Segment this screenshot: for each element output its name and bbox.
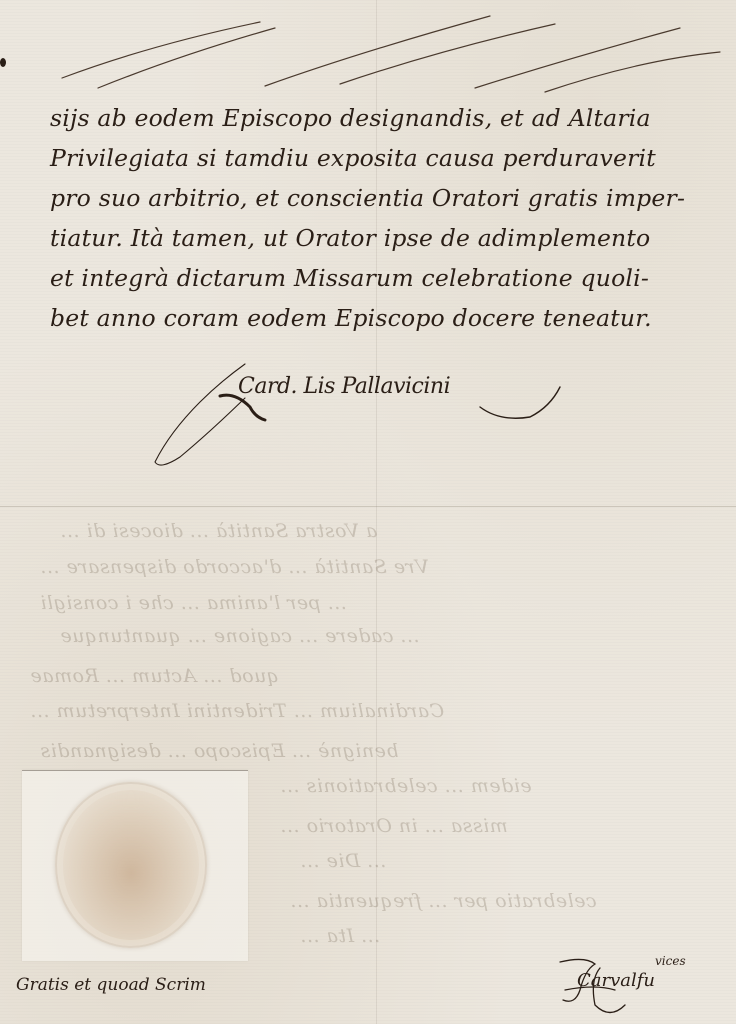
- bleed-through-line: a Vostra Santità ... diocesi di ...: [60, 520, 377, 542]
- body-line: tiatur. Ità tamen, ut Orator ipse de adi…: [50, 218, 730, 258]
- bleed-through-line: ... Die ...: [300, 850, 386, 872]
- bleed-through-line: ... cadere ... cagione ... quantunque: [60, 625, 420, 647]
- bleed-through-line: quod ... Actum ... Romae: [30, 665, 279, 687]
- secretary-title-superscript: vices: [655, 954, 686, 968]
- secretary-name: Carvalfu: [577, 970, 655, 991]
- bleed-through-line: celebratio per ... frequentia ...: [290, 890, 597, 912]
- bleed-through-line: missa ... in Oratorio ...: [280, 815, 508, 837]
- bleed-through-line: ... Ita ...: [300, 925, 380, 947]
- bleed-through-line: ... per l'anima ... che i consigli: [40, 592, 347, 614]
- body-line: sijs ab eodem Episcopo designandis, et a…: [50, 98, 730, 138]
- wafer-seal-icon: [55, 782, 207, 948]
- body-line: pro suo arbitrio, et conscientia Oratori…: [50, 178, 730, 218]
- secretary-signature: Carvalfu vices: [555, 950, 705, 1020]
- body-line: Privilegiata si tamdiu exposita causa pe…: [50, 138, 730, 178]
- body-line: et integrà dictarum Missarum celebration…: [50, 258, 730, 298]
- top-flourish-strokes: [0, 0, 736, 100]
- body-line: bet anno coram eodem Episcopo docere ten…: [50, 298, 730, 338]
- bleed-through-line: eidem ... celebrationis ...: [280, 775, 532, 797]
- bleed-through-line: benignè ... Episcopo ... designandis: [40, 740, 399, 762]
- bleed-through-line: Vre Santità ... d'accordo dispensare ...: [40, 556, 429, 578]
- bleed-through-line: Cardinalium ... Tridentini Interpretum .…: [30, 700, 444, 722]
- signature-text: Card. Lis Pallavicini: [238, 374, 450, 399]
- horizontal-fold-crease: [0, 506, 736, 507]
- gratis-note: Gratis et quoad Scrim: [16, 975, 206, 995]
- document-body: sijs ab eodem Episcopo designandis, et a…: [50, 98, 730, 338]
- manuscript-page: a Vostra Santità ... diocesi di ... Vre …: [0, 0, 736, 1024]
- cardinal-signature: Card. Lis Pallavicini: [150, 362, 570, 472]
